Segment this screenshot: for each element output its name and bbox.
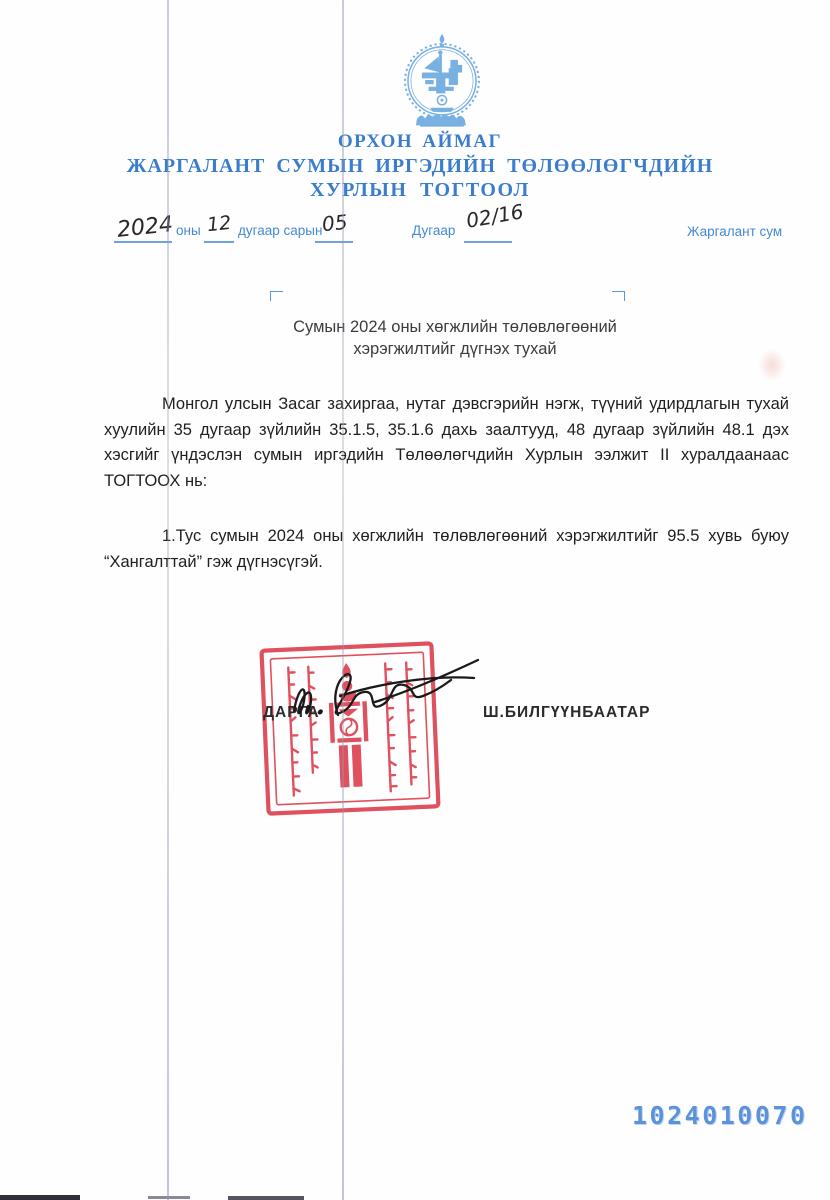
torn-edge-segment: [228, 1196, 304, 1200]
document-header: ОРХОН АЙМАГ ЖАРГАЛАНТ СУМЫН ИРГЭДИЙН ТӨЛ…: [70, 131, 770, 202]
resolution-clause: 1.Тус сумын 2024 оны хөгжлийн төлөвлөгөө…: [104, 524, 789, 575]
doc-number-blank-line: [464, 241, 512, 243]
fold-line-left: [167, 0, 169, 1200]
doc-type-title: ХУРЛЫН ТОГТООЛ: [70, 179, 770, 202]
month-handwritten-value: 12: [206, 212, 232, 236]
month-blank-line: [204, 241, 234, 243]
aimag-name: ОРХОН АЙМАГ: [70, 131, 770, 153]
scanned-page: ОРХОН АЙМАГ ЖАРГАЛАНТ СУМЫН ИРГЭДИЙН ТӨЛ…: [0, 0, 830, 1200]
registration-number-stamp: 1024010070: [632, 1101, 808, 1130]
crop-mark-top-right-icon: [612, 291, 625, 301]
day-blank-line: [315, 241, 353, 243]
place-name: Жаргалант сум: [687, 224, 782, 239]
handwritten-signature-icon: [282, 651, 490, 741]
chairman-name: Ш.БИЛГҮҮНБААТАР: [483, 704, 650, 722]
org-name: ЖАРГАЛАНТ СУМЫН ИРГЭДИЙН ТӨЛӨӨЛӨГЧДИЙН: [70, 155, 770, 178]
subject-title: Сумын 2024 оны хөгжлийн төлөвлөгөөний хэ…: [180, 316, 730, 360]
month-label: дугаар сарын: [238, 223, 322, 238]
fold-line-center: [342, 0, 344, 1200]
ink-smudge: [758, 348, 786, 382]
doc-number-handwritten-value: 02/16: [464, 199, 525, 233]
doc-number-label: Дугаар: [412, 223, 455, 238]
torn-edge-segment: [148, 1196, 190, 1199]
day-handwritten-value: 05: [321, 210, 349, 237]
torn-edge-segment: [0, 1195, 80, 1200]
year-handwritten-value: 2024: [116, 212, 174, 243]
subject-line-1: Сумын 2024 оны хөгжлийн төлөвлөгөөний: [180, 316, 730, 338]
subject-line-2: хэрэгжилтийг дүгнэх тухай: [180, 338, 730, 360]
year-label: оны: [176, 223, 201, 238]
body-paragraph-1: Монгол улсын Засаг захиргаа, нутаг дэвсг…: [104, 392, 789, 494]
mongolia-state-emblem-icon: [396, 33, 488, 127]
crop-mark-top-left-icon: [270, 291, 283, 301]
